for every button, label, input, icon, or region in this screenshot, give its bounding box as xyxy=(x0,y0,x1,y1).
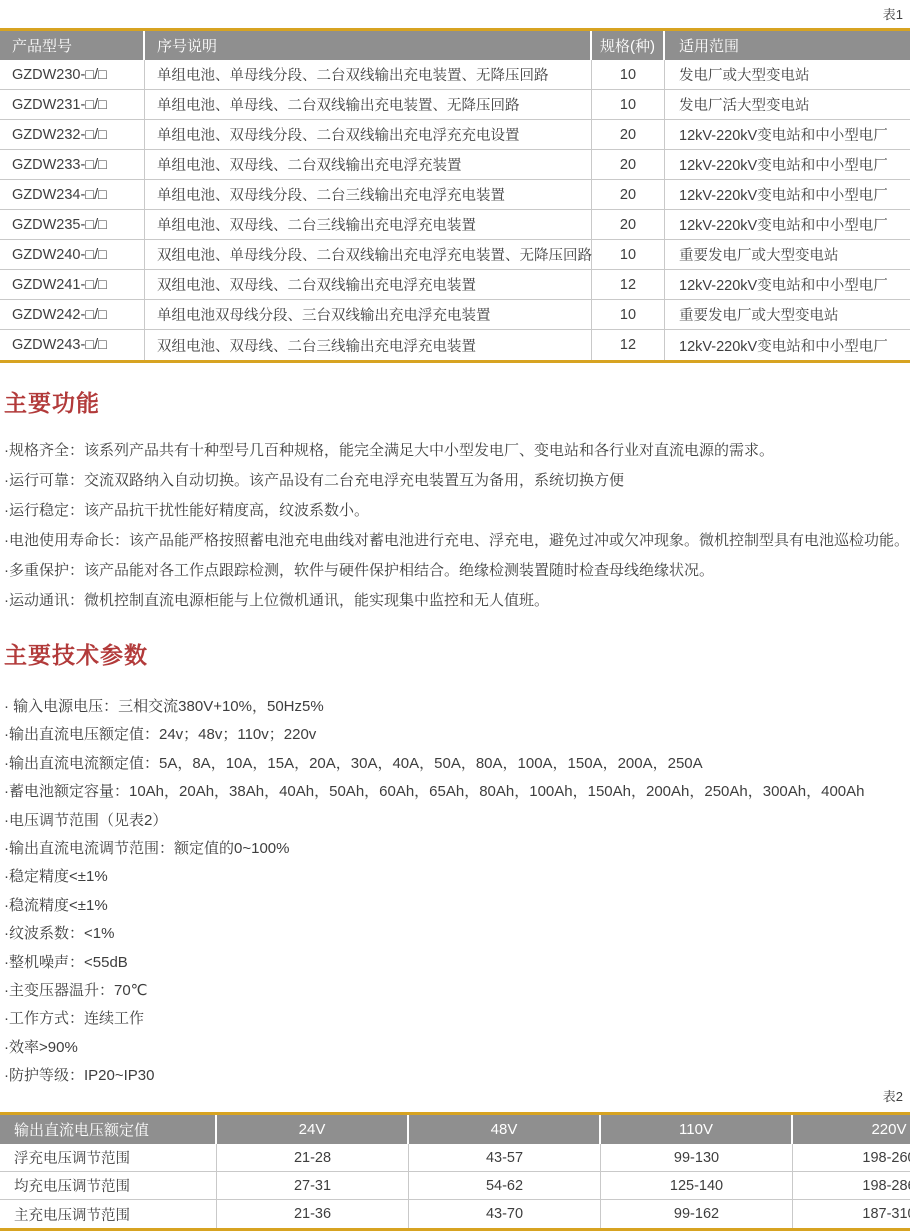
table-row: GZDW241-□/□ 双组电池、双母线、二台双线输出充电浮充电装置 12 12… xyxy=(0,270,910,300)
description-cell: 单组电池双母线分段、三台双线输出充电浮充电装置 xyxy=(145,300,592,330)
application-range-cell: 发电厂或大型变电站 xyxy=(665,60,910,90)
section-title-main-functions: 主要功能 xyxy=(4,389,100,417)
parameter-item: ·纹波系数：<1% xyxy=(4,920,865,948)
parameter-item: ·输出直流电压额定值：24v；48v；110v；220v xyxy=(4,721,865,749)
description-cell: 单组电池、单母线、二台双线输出充电装置、无降压回路 xyxy=(145,90,592,120)
column-header-rated-voltage: 输出直流电压额定值 xyxy=(0,1115,217,1144)
product-model-cell: GZDW242-□/□ xyxy=(0,300,145,330)
column-header-model: 产品型号 xyxy=(0,31,145,60)
value-cell-220v: 187-310 xyxy=(793,1200,910,1228)
feature-item: ·运动通讯：微机控制直流电源柜能与上位微机通讯，能实现集中监控和无人值班。 xyxy=(4,586,909,616)
description-cell: 单组电池、单母线分段、二台双线输出充电装置、无降压回路 xyxy=(145,60,592,90)
description-cell: 单组电池、双母线、二台双线输出充电浮充装置 xyxy=(145,150,592,180)
parameter-item: · 输入电源电压：三相交流380V+10%，50Hz5% xyxy=(4,693,865,721)
parameter-item: ·输出直流电流额定值：5A，8A，10A，15A，20A，30A，40A，50A… xyxy=(4,750,865,778)
product-model-table-wrap: 产品型号 序号说明 规格(种) 适用范围 GZDW230-□/□ 单组电池、单母… xyxy=(0,28,910,363)
table2-label: 表2 xyxy=(883,1086,903,1105)
spec-count-cell: 20 xyxy=(592,120,665,150)
table-row: GZDW242-□/□ 单组电池双母线分段、三台双线输出充电浮充电装置 10 重… xyxy=(0,300,910,330)
value-cell-24v: 21-28 xyxy=(217,1144,409,1172)
column-header-220v: 220V xyxy=(793,1115,910,1144)
table-header-row: 输出直流电压额定值 24V 48V 110V 220V xyxy=(0,1115,910,1144)
value-cell-110v: 125-140 xyxy=(601,1172,793,1200)
application-range-cell: 12kV-220kV变电站和中小型电厂 xyxy=(665,330,910,360)
application-range-cell: 12kV-220kV变电站和中小型电厂 xyxy=(665,120,910,150)
product-model-cell: GZDW233-□/□ xyxy=(0,150,145,180)
table-row: GZDW240-□/□ 双组电池、单母线分段、二台双线输出充电浮充电装置、无降压… xyxy=(0,240,910,270)
description-cell: 单组电池、双母线分段、二台三线输出充电浮充电装置 xyxy=(145,180,592,210)
parameter-item: ·工作方式：连续工作 xyxy=(4,1005,865,1033)
description-cell: 双组电池、双母线、二台双线输出充电浮充电装置 xyxy=(145,270,592,300)
product-model-cell: GZDW230-□/□ xyxy=(0,60,145,90)
table-row: GZDW234-□/□ 单组电池、双母线分段、二台三线输出充电浮充电装置 20 … xyxy=(0,180,910,210)
table-row: GZDW232-□/□ 单组电池、双母线分段、二台双线输出充电浮充充电设置 20… xyxy=(0,120,910,150)
spec-count-cell: 20 xyxy=(592,210,665,240)
value-cell-24v: 21-36 xyxy=(217,1200,409,1228)
value-cell-48v: 54-62 xyxy=(409,1172,601,1200)
spec-count-cell: 20 xyxy=(592,150,665,180)
row-label-cell: 主充电压调节范围 xyxy=(0,1200,217,1228)
parameter-item: ·整机噪声：<55dB xyxy=(4,949,865,977)
application-range-cell: 重要发电厂或大型变电站 xyxy=(665,240,910,270)
application-range-cell: 12kV-220kV变电站和中小型电厂 xyxy=(665,180,910,210)
row-label-cell: 均充电压调节范围 xyxy=(0,1172,217,1200)
table-row: GZDW233-□/□ 单组电池、双母线、二台双线输出充电浮充装置 20 12k… xyxy=(0,150,910,180)
column-header-spec: 规格(种) xyxy=(592,31,665,60)
column-header-description: 序号说明 xyxy=(145,31,592,60)
value-cell-48v: 43-70 xyxy=(409,1200,601,1228)
column-header-110v: 110V xyxy=(601,1115,793,1144)
value-cell-220v: 198-260 xyxy=(793,1144,910,1172)
section-title-tech-parameters: 主要技术参数 xyxy=(4,641,148,669)
value-cell-110v: 99-130 xyxy=(601,1144,793,1172)
voltage-range-table: 输出直流电压额定值 24V 48V 110V 220V 浮充电压调节范围 21-… xyxy=(0,1115,910,1228)
description-cell: 单组电池、双母线、二台三线输出充电浮充电装置 xyxy=(145,210,592,240)
parameter-item: ·输出直流电流调节范围：额定值的0~100% xyxy=(4,835,865,863)
value-cell-48v: 43-57 xyxy=(409,1144,601,1172)
description-cell: 双组电池、双母线、二台三线输出充电浮充电装置 xyxy=(145,330,592,360)
product-model-cell: GZDW235-□/□ xyxy=(0,210,145,240)
value-cell-220v: 198-286 xyxy=(793,1172,910,1200)
column-header-range: 适用范围 xyxy=(665,31,910,60)
application-range-cell: 发电厂活大型变电站 xyxy=(665,90,910,120)
product-model-cell: GZDW243-□/□ xyxy=(0,330,145,360)
spec-count-cell: 10 xyxy=(592,60,665,90)
spec-count-cell: 12 xyxy=(592,270,665,300)
value-cell-110v: 99-162 xyxy=(601,1200,793,1228)
application-range-cell: 重要发电厂或大型变电站 xyxy=(665,300,910,330)
parameter-item: ·电压调节范围（见表2） xyxy=(4,807,865,835)
feature-item: ·运行可靠：交流双路纳入自动切换。该产品设有二台充电浮充电装置互为备用，系统切换… xyxy=(4,466,909,496)
parameter-item: ·效率>90% xyxy=(4,1034,865,1062)
table-row: 主充电压调节范围 21-36 43-70 99-162 187-310 xyxy=(0,1200,910,1228)
main-functions-list: ·规格齐全：该系列产品共有十种型号几百种规格，能完全满足大中小型发电厂、变电站和… xyxy=(4,436,909,616)
table1-label: 表1 xyxy=(883,4,903,23)
spec-count-cell: 10 xyxy=(592,90,665,120)
application-range-cell: 12kV-220kV变电站和中小型电厂 xyxy=(665,210,910,240)
parameter-item: ·主变压器温升：70℃ xyxy=(4,977,865,1005)
table-row: GZDW243-□/□ 双组电池、双母线、二台三线输出充电浮充电装置 12 12… xyxy=(0,330,910,360)
parameter-item: ·蓄电池额定容量：10Ah，20Ah，38Ah，40Ah，50Ah，60Ah，6… xyxy=(4,778,865,806)
table-row: 浮充电压调节范围 21-28 43-57 99-130 198-260 xyxy=(0,1144,910,1172)
product-model-cell: GZDW232-□/□ xyxy=(0,120,145,150)
feature-item: ·运行稳定：该产品抗干扰性能好精度高，纹波系数小。 xyxy=(4,496,909,526)
application-range-cell: 12kV-220kV变电站和中小型电厂 xyxy=(665,150,910,180)
product-model-table: 产品型号 序号说明 规格(种) 适用范围 GZDW230-□/□ 单组电池、单母… xyxy=(0,31,910,360)
parameter-item: ·稳流精度<±1% xyxy=(4,892,865,920)
product-model-cell: GZDW234-□/□ xyxy=(0,180,145,210)
feature-item: ·电池使用寿命长：该产品能严格按照蓄电池充电曲线对蓄电池进行充电、浮充电，避免过… xyxy=(4,526,909,556)
description-cell: 双组电池、单母线分段、二台双线输出充电浮充电装置、无降压回路 xyxy=(145,240,592,270)
column-header-48v: 48V xyxy=(409,1115,601,1144)
product-model-cell: GZDW241-□/□ xyxy=(0,270,145,300)
description-cell: 单组电池、双母线分段、二台双线输出充电浮充充电设置 xyxy=(145,120,592,150)
product-model-cell: GZDW231-□/□ xyxy=(0,90,145,120)
feature-item: ·多重保护：该产品能对各工作点跟踪检测，软件与硬件保护相结合。绝缘检测装置随时检… xyxy=(4,556,909,586)
spec-count-cell: 10 xyxy=(592,240,665,270)
row-label-cell: 浮充电压调节范围 xyxy=(0,1144,217,1172)
table-row: 均充电压调节范围 27-31 54-62 125-140 198-286 xyxy=(0,1172,910,1200)
column-header-24v: 24V xyxy=(217,1115,409,1144)
parameter-item: ·稳定精度<±1% xyxy=(4,863,865,891)
table-row: GZDW230-□/□ 单组电池、单母线分段、二台双线输出充电装置、无降压回路 … xyxy=(0,60,910,90)
spec-count-cell: 12 xyxy=(592,330,665,360)
table-row: GZDW231-□/□ 单组电池、单母线、二台双线输出充电装置、无降压回路 10… xyxy=(0,90,910,120)
table-header-row: 产品型号 序号说明 规格(种) 适用范围 xyxy=(0,31,910,60)
product-model-cell: GZDW240-□/□ xyxy=(0,240,145,270)
spec-count-cell: 10 xyxy=(592,300,665,330)
tech-parameters-list: · 输入电源电压：三相交流380V+10%，50Hz5% ·输出直流电压额定值：… xyxy=(4,693,865,1091)
table-row: GZDW235-□/□ 单组电池、双母线、二台三线输出充电浮充电装置 20 12… xyxy=(0,210,910,240)
voltage-range-table-wrap: 输出直流电压额定值 24V 48V 110V 220V 浮充电压调节范围 21-… xyxy=(0,1112,910,1231)
parameter-item: ·防护等级：IP20~IP30 xyxy=(4,1062,865,1090)
feature-item: ·规格齐全：该系列产品共有十种型号几百种规格，能完全满足大中小型发电厂、变电站和… xyxy=(4,436,909,466)
application-range-cell: 12kV-220kV变电站和中小型电厂 xyxy=(665,270,910,300)
spec-count-cell: 20 xyxy=(592,180,665,210)
value-cell-24v: 27-31 xyxy=(217,1172,409,1200)
